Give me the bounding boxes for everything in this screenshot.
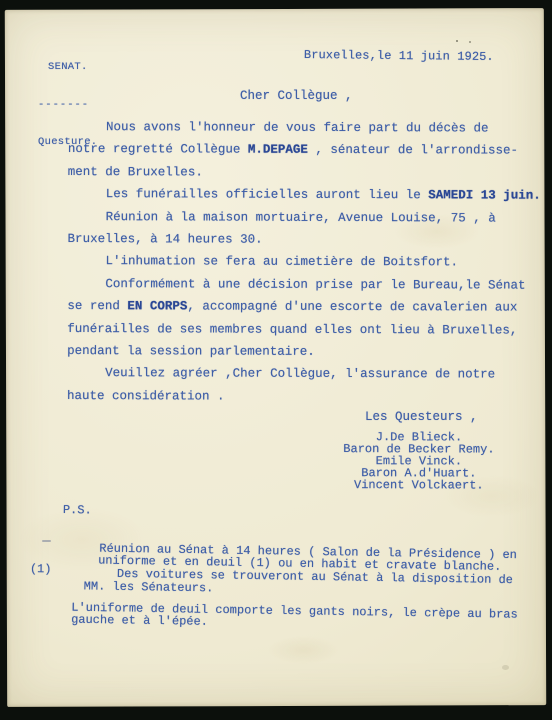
footnote: (1) L'uniforme de deuil comporte les gan…	[29, 563, 519, 659]
stray-mark	[42, 540, 51, 542]
letter-text: L'inhumation se fera au cimetière de Boi…	[105, 255, 458, 270]
letter-text: Réunion à la maison mortuaire, Avenue Lo…	[106, 210, 496, 225]
scanned-letter-page: SENAT. ------- Questure. Bruxelles,le 11…	[0, 0, 552, 720]
closing-title: Les Questeurs ,	[365, 410, 478, 424]
letter-line: L'inhumation se fera au cimetière de Boi…	[105, 251, 549, 275]
footnote-label: (1)	[30, 563, 52, 576]
letter-text: Bruxelles, à 14 heures 30.	[68, 232, 263, 247]
letterhead-org: SENAT.	[38, 61, 97, 74]
letter-text: haute considération .	[67, 389, 225, 404]
scan-speck	[456, 40, 458, 42]
scan-speck	[469, 41, 471, 43]
letter-line: ment de Bruxelles.	[68, 161, 550, 185]
letter-line: haute considération .	[67, 385, 549, 409]
letter-text: Nous avons l'honneur de vous faire part …	[106, 120, 489, 135]
letter-body: Nous avons l'honneur de vous faire part …	[67, 116, 550, 409]
signature-list: J.De Blieck.Baron de Becker Remy.Emile V…	[330, 432, 508, 492]
letter-text: Les funérailles officielles auront lieu …	[106, 187, 429, 202]
scan-smudge	[502, 665, 509, 670]
footnote-lines: L'uniforme de deuil comporte les gants n…	[29, 601, 518, 634]
signature-name: Vincent Volckaert.	[330, 480, 508, 493]
letter-text: Veuillez agréer ,Cher Collègue, l'assura…	[105, 367, 495, 382]
emphasized-text: SAMEDI 13 juin.	[428, 188, 541, 202]
letter-text: notre regretté Collègue	[68, 142, 248, 157]
letter-line: Veuillez agréer ,Cher Collègue, l'assura…	[105, 363, 549, 387]
letter-line: funérailles de ses membres quand elles o…	[67, 318, 549, 342]
letter-line: pendant la session parlementaire.	[67, 340, 549, 364]
letter-text: Conformément à une décision prise par le…	[105, 277, 525, 292]
letter-line: Réunion à la maison mortuaire, Avenue Lo…	[106, 206, 550, 230]
letter-line: se rend EN CORPS, accompagné d'une escor…	[67, 295, 549, 319]
letter-line: Bruxelles, à 14 heures 30.	[68, 228, 550, 252]
salutation: Cher Collègue ,	[240, 89, 353, 103]
letter-text: funérailles de ses membres quand elles o…	[67, 322, 517, 338]
dateline: Bruxelles,le 11 juin 1925.	[304, 48, 494, 64]
emphasized-text: M.DEPAGE	[248, 143, 308, 157]
letter-text: pendant la session parlementaire.	[67, 344, 315, 359]
letter-text: , accompagné d'une escorte de cavalerien…	[187, 300, 517, 315]
letter-line: notre regretté Collègue M.DEPAGE , sénat…	[68, 138, 550, 162]
letter-text: se rend	[67, 299, 127, 313]
letter-text: ment de Bruxelles.	[68, 165, 203, 179]
letter-text: , sénateur de l'arrondisse-	[308, 143, 518, 158]
emphasized-text: EN CORPS	[127, 299, 187, 313]
letterhead-rule: -------	[38, 99, 97, 112]
letter-line: Conformément à une décision prise par le…	[105, 273, 549, 297]
postscript-label: P.S.	[63, 504, 92, 517]
letter-line: Nous avons l'honneur de vous faire part …	[106, 116, 550, 140]
letter-line: Les funérailles officielles auront lieu …	[106, 183, 550, 207]
